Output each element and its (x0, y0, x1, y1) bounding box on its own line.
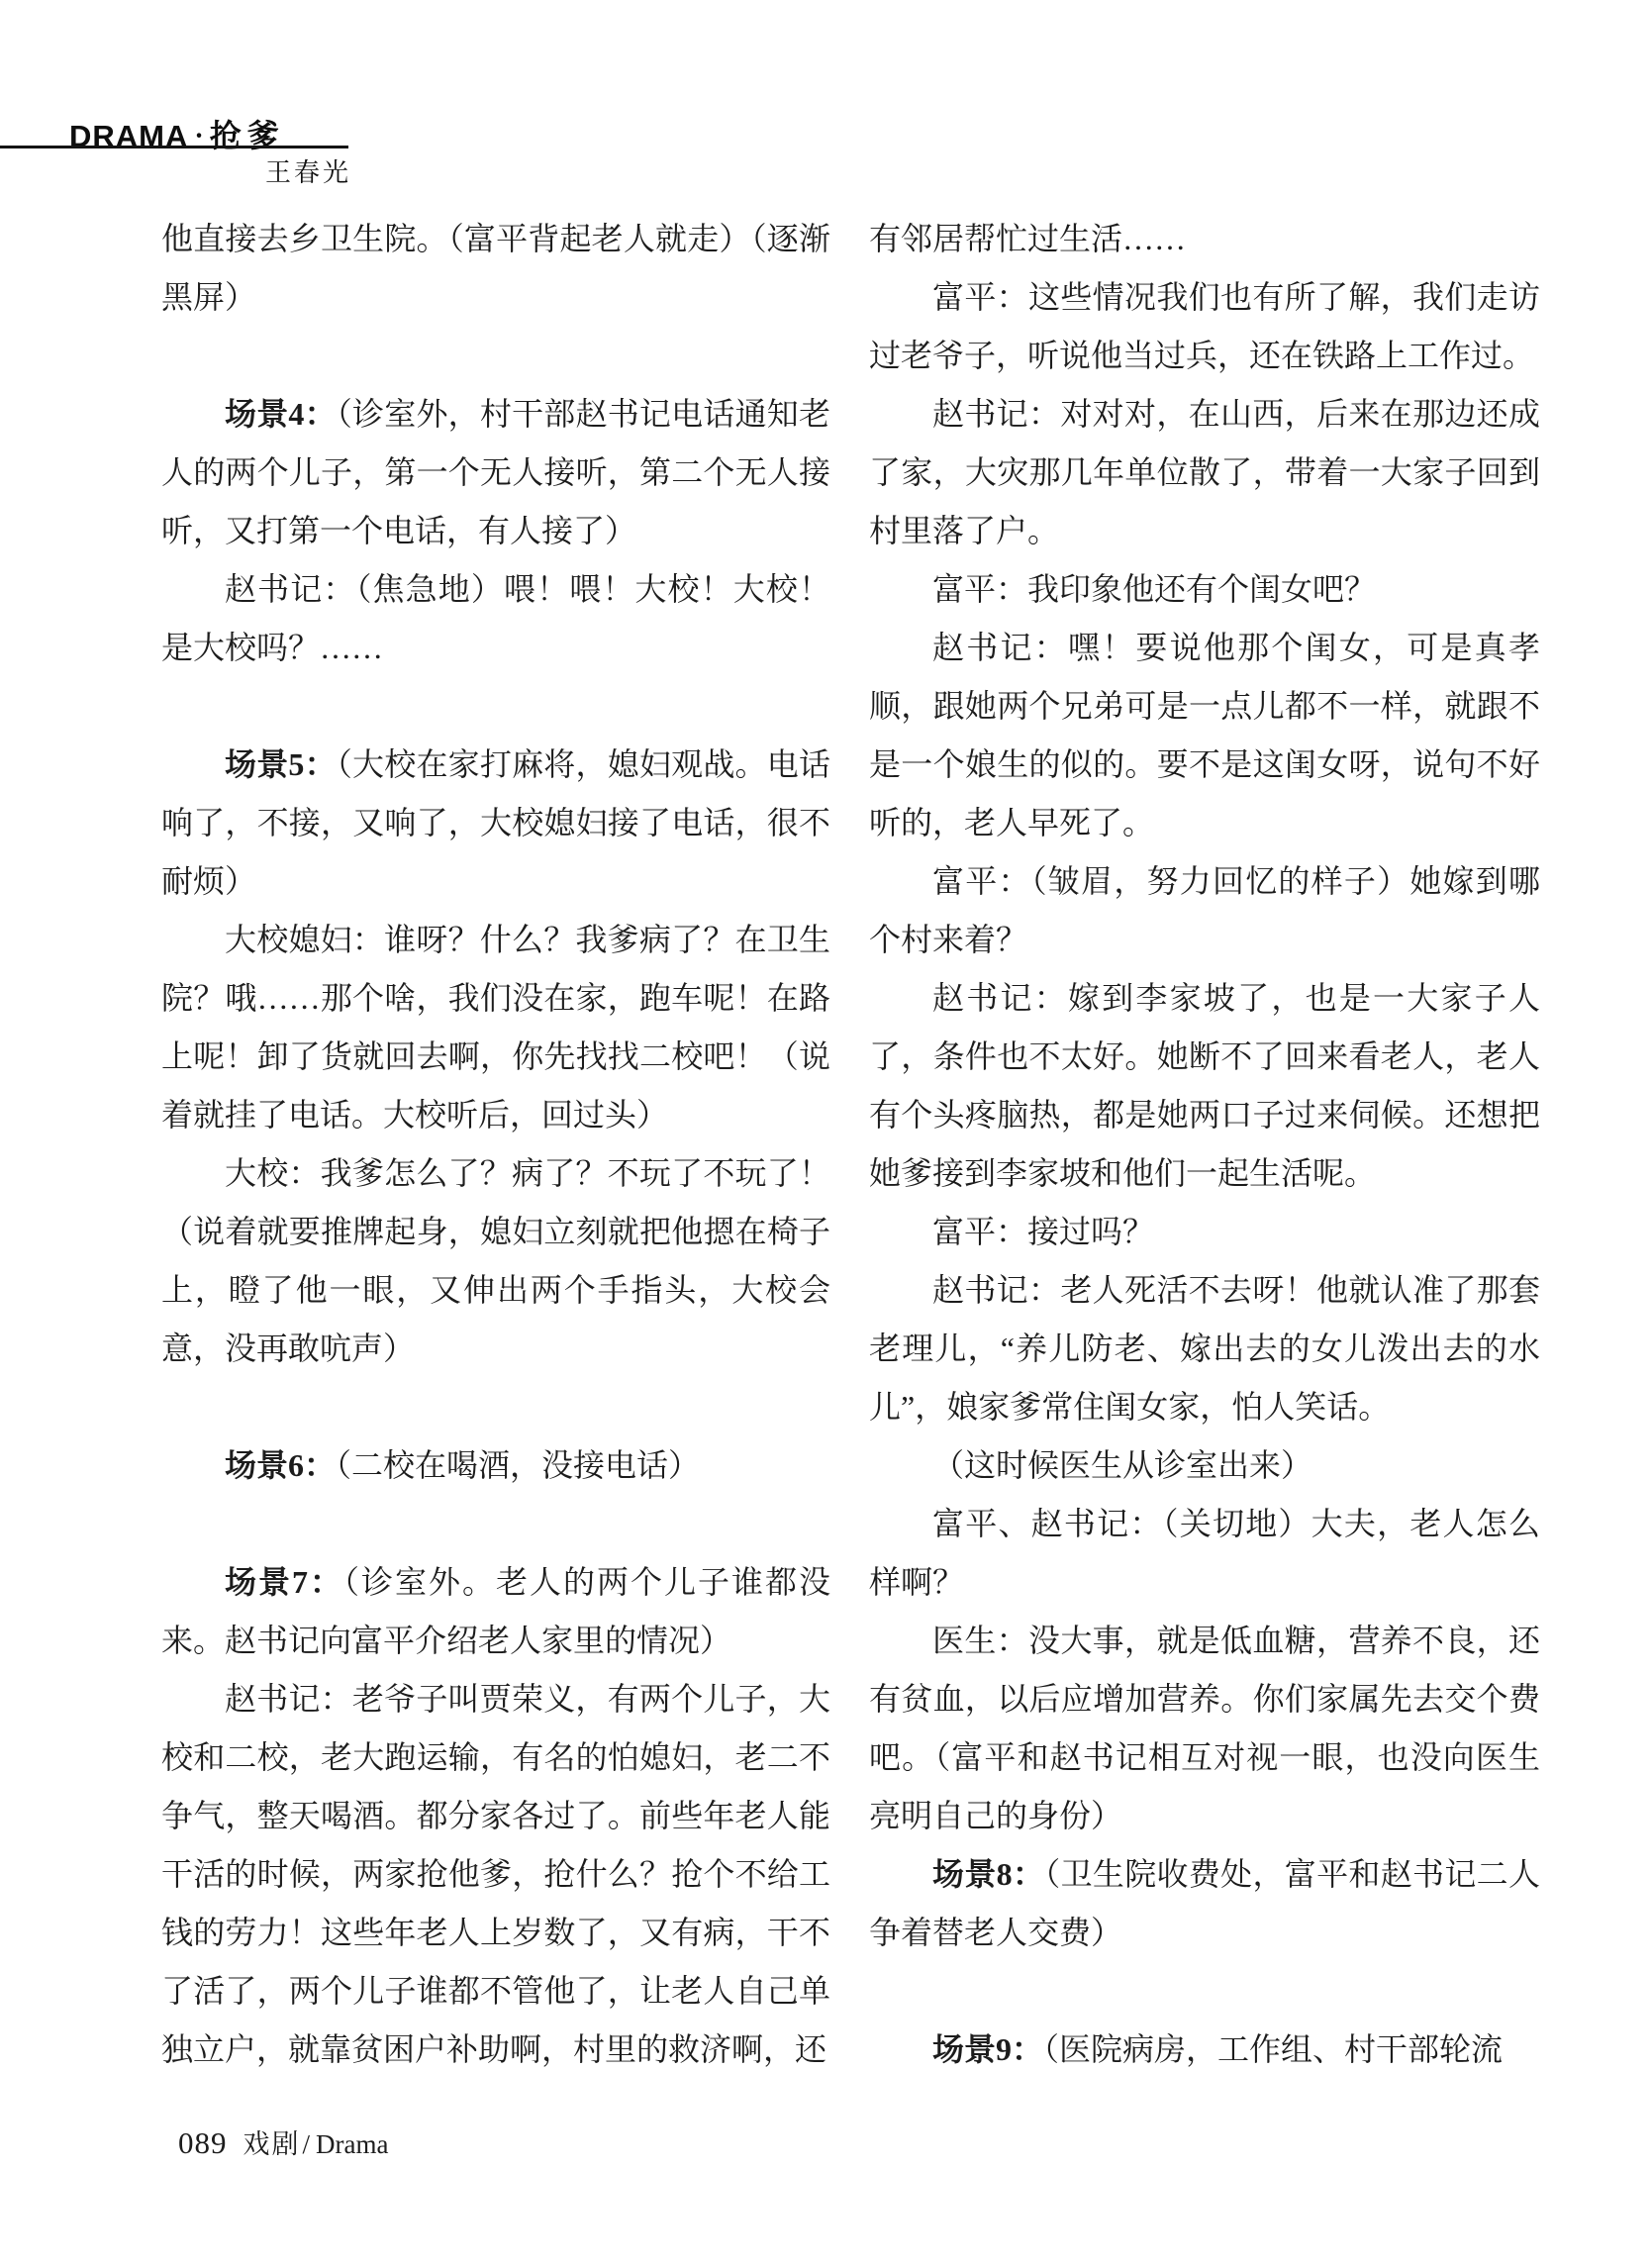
header-brand: DRAMA·抢爹 (69, 111, 285, 156)
dialogue-paragraph: 医生：没大事，就是低血糖，营养不良，还有贫血，以后应增加营养。你们家属先去交个费… (869, 1612, 1540, 1845)
scene-heading-6: 场景6：（二校在喝酒，没接电话） (161, 1436, 830, 1495)
header-rule (0, 146, 348, 148)
footer-divider: / (303, 2129, 311, 2159)
dialogue-paragraph: 赵书记：（焦急地）喂！喂！大校！大校！是大校吗？…… (161, 560, 830, 677)
dialogue-paragraph: 赵书记：老人死活不去呀！他就认准了那套老理儿，“养儿防老、嫁出去的女儿泼出去的水… (869, 1261, 1540, 1436)
scene-label: 场景6： (225, 1447, 336, 1483)
dialogue-paragraph: 富平：（皱眉，努力回忆的样子）她嫁到哪个村来着？ (869, 852, 1540, 969)
dialogue-paragraph: 赵书记：嫁到李家坡了，也是一大家子人了，条件也不太好。她断不了回来看老人，老人有… (869, 969, 1540, 1203)
dialogue-paragraph: 大校媳妇：谁呀？什么？我爹病了？在卫生院？哦……那个啥，我们没在家，跑车呢！在路… (161, 911, 830, 1144)
scene-heading-9: 场景9：（医院病房，工作组、村干部轮流 (869, 2021, 1540, 2079)
magazine-page: DRAMA·抢爹 王春光 他直接去乡卫生院。（富平背起老人就走）（逐渐黑屏） 场… (0, 0, 1651, 2268)
scene-heading-4: 场景4：（诊室外，村干部赵书记电话通知老人的两个儿子，第一个无人接听，第二个无人… (161, 385, 830, 560)
dialogue-paragraph: 富平：这些情况我们也有所了解，我们走访过老爷子，听说他当过兵，还在铁路上工作过。 (869, 268, 1540, 385)
scene-label: 场景5： (225, 746, 337, 782)
scene-heading-8: 场景8：（卫生院收费处，富平和赵书记二人争着替老人交费） (869, 1845, 1540, 1962)
paragraph-continuation: 他直接去乡卫生院。（富平背起老人就走）（逐渐黑屏） (161, 210, 830, 327)
page-footer: 089戏剧/Drama (178, 2122, 388, 2161)
scene-label: 场景7： (225, 1564, 343, 1600)
dialogue-paragraph: 赵书记：嘿！要说他那个闺女，可是真孝顺，跟她两个兄弟可是一点儿都不一样，就跟不是… (869, 619, 1540, 852)
footer-section-cn: 戏剧 (243, 2129, 301, 2159)
scene-label: 场景4： (225, 396, 337, 432)
dialogue-paragraph: 赵书记：老爷子叫贾荣义，有两个儿子，大校和二校，老大跑运输，有名的怕媳妇，老二不… (161, 1670, 830, 2079)
dialogue-paragraph: 富平、赵书记：（关切地）大夫，老人怎么样啊？ (869, 1495, 1540, 1612)
page-number: 089 (178, 2125, 228, 2160)
scene-heading-5: 场景5：（大校在家打麻将，媳妇观战。电话响了，不接，又响了，大校媳妇接了电话，很… (161, 736, 830, 911)
paragraph-continuation: 有邻居帮忙过生活…… (869, 210, 1540, 268)
dialogue-paragraph: 富平：接过吗？ (869, 1203, 1540, 1261)
scene-label: 场景8： (932, 1856, 1044, 1892)
right-column: 有邻居帮忙过生活…… 富平：这些情况我们也有所了解，我们走访过老爷子，听说他当过… (869, 210, 1540, 2079)
scene-text: （二校在喝酒，没接电话） (336, 1447, 700, 1483)
dialogue-paragraph: 富平：我印象他还有个闺女吧？ (869, 560, 1540, 619)
footer-section-en: Drama (316, 2129, 388, 2159)
scene-text: （医院病房，工作组、村干部轮流 (1043, 2031, 1503, 2067)
left-column: 他直接去乡卫生院。（富平背起老人就走）（逐渐黑屏） 场景4：（诊室外，村干部赵书… (161, 210, 830, 2079)
stage-direction: （这时候医生从诊室出来） (869, 1436, 1540, 1495)
author-name: 王春光 (265, 152, 351, 189)
dialogue-paragraph: 大校：我爹怎么了？病了？不玩了不玩了！（说着就要推牌起身，媳妇立刻就把他摁在椅子… (161, 1144, 830, 1378)
scene-label: 场景9： (932, 2031, 1043, 2067)
dialogue-paragraph: 赵书记：对对对，在山西，后来在那边还成了家，大灾那几年单位散了，带着一大家子回到… (869, 385, 1540, 560)
scene-heading-7: 场景7：（诊室外。老人的两个儿子谁都没来。赵书记向富平介绍老人家里的情况） (161, 1553, 830, 1670)
